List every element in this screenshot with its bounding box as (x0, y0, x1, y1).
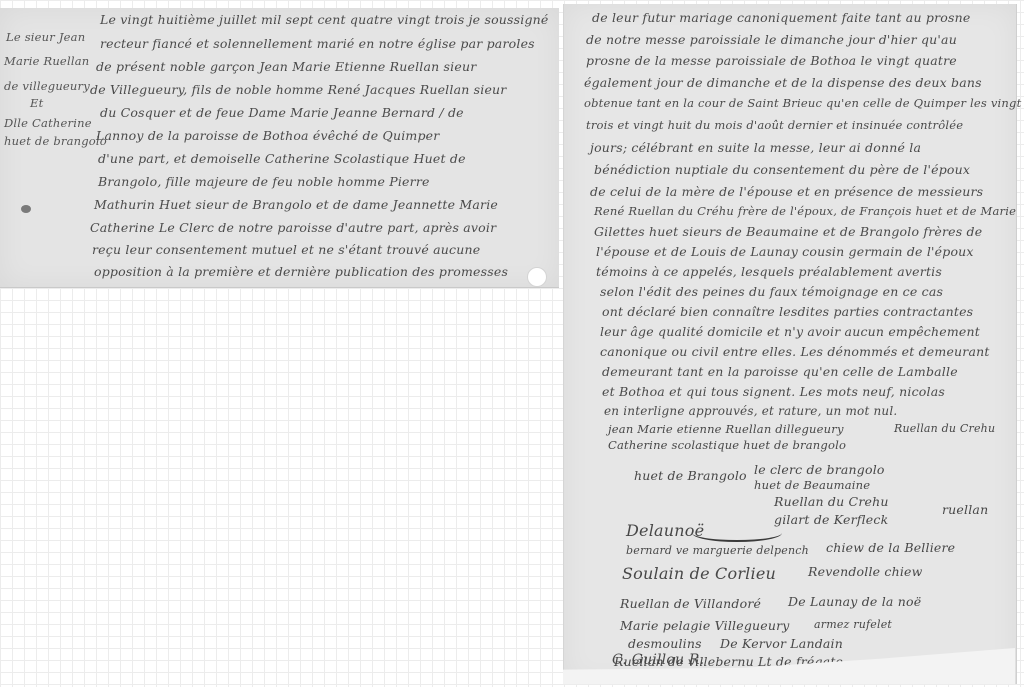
signature: chiew de la Belliere (826, 540, 955, 555)
signature: jean Marie etienne Ruellan dillegueury (608, 422, 844, 436)
register-line: opposition à la première et dernière pub… (94, 264, 508, 279)
register-line: selon l'édit des peines du faux témoigna… (600, 284, 943, 299)
margin-note-line: Et (30, 96, 43, 110)
register-line: en interligne approuvés, et rature, un m… (604, 404, 897, 418)
signature: le clerc de brangolo (754, 462, 885, 477)
register-line: l'épouse et de Louis de Launay cousin ge… (596, 244, 974, 259)
register-line: trois et vingt huit du mois d'août derni… (586, 118, 963, 132)
register-line: de notre messe paroissiale le dimanche j… (586, 32, 957, 47)
margin-note-line: Dlle Catherine (4, 116, 92, 130)
margin-note-line: Marie Ruellan (4, 54, 89, 68)
register-line: obtenue tant en la cour de Saint Brieuc … (584, 96, 1021, 110)
signature: Ruellan de Villandoré (620, 596, 761, 611)
signature: gilart de Kerfleck (774, 512, 888, 527)
register-line: de celui de la mère de l'épouse et en pr… (590, 184, 983, 199)
signature: Revendolle chiew (808, 564, 923, 579)
left-page: Le sieur Jean Marie Ruellan de villegueu… (0, 8, 559, 288)
register-line: également jour de dimanche et de la disp… (584, 75, 982, 90)
register-line: recteur fiancé et solennellement marié e… (100, 36, 535, 51)
register-line: prosne de la messe paroissiale de Bothoa… (586, 53, 957, 68)
register-line: d'une part, et demoiselle Catherine Scol… (98, 151, 466, 166)
signature: Marie pelagie Villegueury (620, 618, 790, 633)
register-line: de présent noble garçon Jean Marie Etien… (96, 59, 476, 74)
register-line: Brangolo, fille majeure de feu noble hom… (98, 174, 430, 189)
register-line: Catherine Le Clerc de notre paroisse d'a… (90, 220, 496, 235)
register-line: demeurant tant en la paroisse qu'en cell… (602, 364, 958, 379)
register-line: Le vingt huitième juillet mil sept cent … (100, 12, 549, 27)
signature-flourish (692, 524, 782, 542)
register-line: Lannoy de la paroisse de Bothoa évêché d… (96, 128, 439, 143)
signature: Catherine scolastique huet de brangolo (608, 438, 846, 452)
register-line: témoins à ce appelés, lesquels préalable… (596, 264, 942, 279)
margin-note-line: Le sieur Jean (6, 30, 85, 44)
register-line: Mathurin Huet sieur de Brangolo et de da… (94, 197, 498, 212)
register-line: bénédiction nuptiale du consentement du … (594, 162, 970, 177)
margin-note-line: huet de brangolo (4, 134, 107, 148)
binding-hole (527, 267, 547, 287)
register-line: René Ruellan du Créhu frère de l'époux, … (594, 204, 1016, 218)
margin-note-line: de villegueury (4, 79, 90, 93)
register-line: et Bothoa et qui tous signent. Les mots … (602, 384, 945, 399)
signature: Ruellan du Crehu (894, 422, 995, 435)
register-line: leur âge qualité domicile et n'y avoir a… (600, 324, 980, 339)
signature: De Kervor Landain (720, 636, 843, 651)
signature: desmoulins (628, 636, 702, 651)
signature: huet de Brangolo (634, 468, 747, 483)
register-line: Gilettes huet sieurs de Beaumaine et de … (594, 224, 982, 239)
register-line: de Villegueury, fils de noble homme René… (90, 82, 506, 97)
signature: ruellan (942, 502, 988, 517)
register-line: canonique ou civil entre elles. Les déno… (600, 344, 990, 359)
right-page: de leur futur mariage canoniquement fait… (563, 4, 1017, 684)
ink-blot (21, 205, 31, 213)
register-line: de leur futur mariage canoniquement fait… (592, 10, 970, 25)
signature: De Launay de la noë (788, 594, 921, 609)
signature: Soulain de Corlieu (622, 564, 776, 583)
signature: bernard ve marguerie delpench (626, 544, 809, 557)
register-line: reçu leur consentement mutuel et ne s'ét… (92, 242, 480, 257)
register-line: jours; célébrant en suite la messe, leur… (590, 140, 921, 155)
signature-priest: C. Guillou R. (612, 652, 704, 668)
signature: Ruellan du Crehu (774, 494, 889, 509)
register-line: ont déclaré bien connaître lesdites part… (602, 304, 973, 319)
register-line: du Cosquer et de feue Dame Marie Jeanne … (100, 105, 464, 120)
signature: huet de Beaumaine (754, 478, 870, 492)
signature: armez rufelet (814, 618, 892, 631)
